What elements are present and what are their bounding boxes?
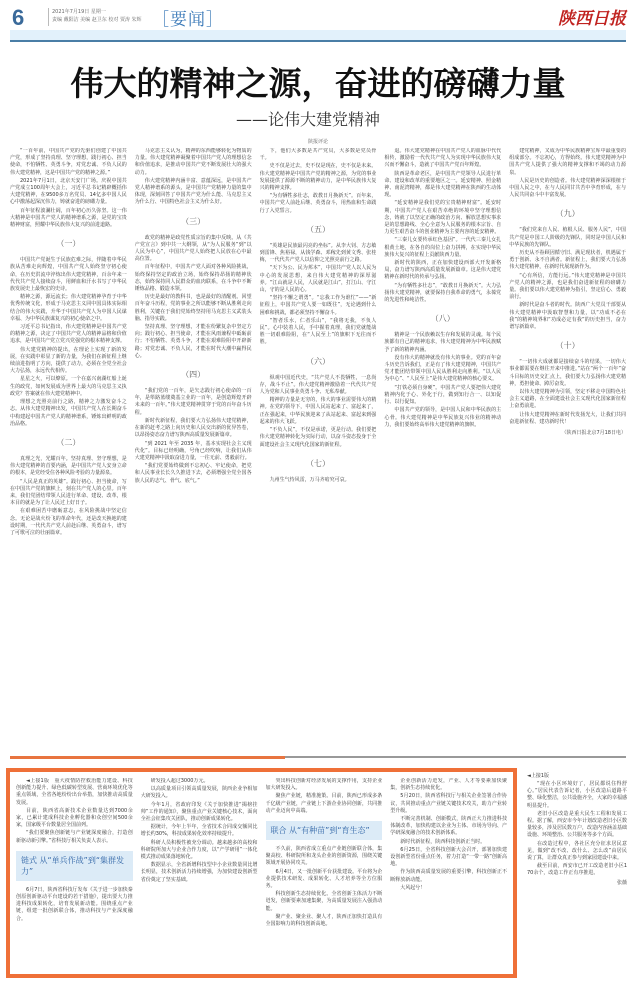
feature-column: 企业创新活力迸发，产业、人才等要素加快聚集，创新生态持续优化。5月20日，陕西省… — [390, 778, 507, 968]
paragraph: “一切伟大成就都是接续奋斗的结果，一切伟大事业都需要在继往开来中推进。”站在“两… — [509, 359, 626, 388]
editor-line: 责编 戴阳洁 美编 赵卫东 校对 贾涛 朱辉 — [52, 16, 142, 24]
section-number: （二） — [10, 437, 127, 448]
paragraph: “打铁必须自身硬”。中国共产党人要把伟大建党精神内化于心、外化于行，做到知行合一… — [384, 385, 501, 407]
paragraph: 新时代新征程，我们要大力弘扬伟大建党精神，在新的赶考之路上向历史和人民交出新的优… — [135, 418, 252, 440]
paragraph: 百年征程波澜壮阔，百年初心历久弥坚。这一伟大精神是中国共产党人的精神谱系之源，是… — [10, 208, 127, 230]
section-number: （四） — [135, 369, 252, 380]
section-number: （十） — [509, 340, 626, 351]
section-number: （六） — [260, 356, 377, 367]
paragraph: “坚持不懈之谓勇”。“忘我工作为谁忙”——“新征程上，中国共产党人要一如既往”，… — [260, 295, 377, 317]
paragraph: 聚焦产业链，精准施策。目前，陕西已形成多条千亿级产业链，产业链上下游企业协同创新… — [266, 793, 383, 815]
section-number: （九） — [509, 208, 626, 219]
newspaper-logo: 陕西日报 — [558, 4, 626, 29]
paragraph: 理想之光照亮前行之路，精神之力激发奋斗之志。从伟大建党精神出发，中国共产党人在长… — [10, 399, 127, 428]
paragraph: 伟大建党精神的提出，在理论上实现了新的发展，在实践中彰显了新的力量，为我们在新征… — [10, 347, 127, 376]
paragraph: 6月4日，又一批创新平台获批建设。平台将为企业提供技术研发、成果转化、人才培养等… — [266, 869, 383, 891]
paragraph: 精神是一个民族赖以生存和发展的灵魂。每个民族都有自己的精神追求，伟大建党精神为中… — [384, 332, 501, 354]
feature-column: 研发投入超过3000万元。以高质量项目引领高质量发展，陕西企业争相加大研发投入。… — [141, 778, 258, 968]
side-article-body: “现在小区环境好了，居民都说住得舒心。”居民代表告诉记者，小区改造后道路平整、绿… — [527, 781, 627, 878]
article-column: 马克思主义认为，精神的东西能够转化为物质的力量。伟大建党精神凝聚着中国共产党人的… — [135, 148, 252, 758]
paragraph: 数据显示，全省新增科技型中小企业数量同比增长明显，技术创新活力持续增强，为加快建… — [141, 862, 258, 884]
paragraph: “心有所信，方能行远。”伟大建党精神是中国共产党人的精神之源，也是我们奋进新征程… — [509, 273, 626, 302]
paragraph: 据统计，今年上半年，全省技术合同成交额同比增长约30%，科技成果转化效率持续提升… — [141, 824, 258, 838]
article-column: 退。伟大建党精神在中国共产党人的血脉中代代相传，激励着一代代共产党人为实现中华民… — [384, 148, 501, 758]
paragraph: “智者乐水，仁者乐山”，“我将无我，不负人民”。心中装着人民，手中握着真理，我们… — [260, 318, 377, 347]
paragraph: 2021年7月1日，北京天安门广场。庆祝中国共产党成立100周年大会上，习近平总… — [10, 178, 127, 207]
byline: 陕报评论 — [0, 138, 636, 145]
paragraph: 不久前，陕西省成立重点产业链创新联合体，集聚高校、科研院所和龙头企业的创新资源，… — [266, 846, 383, 868]
feature-column: ◄上接1版 重大疫情防控救治能力建设、科技创新能力提升、绿色低碳转型发展、营商环… — [16, 778, 133, 968]
header-band — [10, 30, 626, 42]
meta-divider — [48, 8, 49, 26]
section-number: （五） — [260, 224, 377, 235]
paragraph: 在改造过程中，各社区充分征求居民意见，做到“改不改、改什么、怎么改”由居民说了算… — [527, 841, 627, 863]
box-subtitle: 联合 从“有种苗”到“育生态” — [266, 821, 383, 840]
paragraph: “我们党的一百年，是矢志践行初心使命的一百年，是筚路蓝缕奠基立业的一百年，是创造… — [135, 388, 252, 417]
issue-meta: 2021年7月19日 星期一 责编 戴阳洁 美编 赵卫东 校对 贾涛 朱辉 — [52, 8, 142, 24]
paragraph: 史不仅是过去，史不仅是现在，史不仅是未来。伟大建党精神是中国共产党的精神之源，为… — [260, 163, 377, 192]
paragraph: “英雄是民族最闪亮的坐标”。从李大钊、方志敏到雷锋、焦裕禄，从钱学森、邓稼先到黄… — [260, 243, 377, 265]
feature-box: ◄上接1版 重大疫情防控救治能力建设、科技创新能力提升、绿色低碳转型发展、营商环… — [6, 768, 517, 978]
section-number: （三） — [135, 216, 252, 227]
paragraph: 精神之源，源远流长；伟大建党精神孕育于中华优秀传统文化，形成于马克思主义同中国具… — [10, 294, 127, 323]
paragraph: 人民是历史的创造者。伟大建党精神深深根植于中国人民之中，在与人民同甘共苦中孕育形… — [509, 178, 626, 200]
headline: 伟大的精神之源，奋进的磅礴力量 — [0, 58, 636, 105]
paragraph: 陕西是革命老区，是中国共产党领导人民进行革命、建设和改革的重要地区之一。延安精神… — [384, 171, 501, 200]
paragraph: 精神的力量是无穷的，伟大的事业需要伟大的精神。在党的领导下，中国人民站起来了、富… — [260, 397, 377, 426]
paragraph: “为有牺牲多壮志”，“敢教日月换新天”。大力弘扬伟大建党精神，就要保持自我革命的… — [384, 283, 501, 305]
paragraph: 目前，陕西省高新技术企业数量达到7000余家，已累计建成科技企业孵化器和众创空间… — [16, 808, 133, 830]
paragraph: 6月7日，陕西省科技厅发布《关于进一步加快秦创原创新驱动平台建设的若干措施》，提… — [16, 887, 133, 923]
article-column: 建党精神，又成为中华民族精神宝库中最重要的组成部分。不忘初心，方得始终。伟大建党… — [509, 148, 626, 758]
paragraph: 今年1月，省政府印发《关于加快推进“揭榜挂帅”工作的通知》，聚焦重点产业关键核心… — [141, 802, 258, 824]
feature-column: 突出科技创新对经济发展的支撑作用，支持企业加大研发投入。聚焦产业链，精准施策。目… — [266, 778, 383, 968]
paragraph: 企业创新活力迸发，产业、人才等要素加快聚集，创新生态持续优化。 — [390, 778, 507, 792]
paragraph: 在艰难困苦中磨砺意志，在风险挑战中坚定信念。无论是战火纷飞的革命年代，还是改天换… — [10, 508, 127, 537]
paragraph: 6月25日，全省科技创新大会召开，部署加快建设创新型省份重点任务，着力打造“一带… — [390, 847, 507, 869]
paragraph: “为有牺牲多壮志，敢教日月换新天”。百年来，中国共产党人前赴后继、英勇奋斗，用热… — [260, 193, 377, 215]
paragraph: “到 2021 年至 2035 年，基本实现社会主义现代化”。目标已经明确，号角… — [135, 441, 252, 463]
paragraph: 大风起兮！ — [390, 885, 507, 892]
paragraph: 真理之光，光耀百年。坚持真理、坚守理想，是伟大建党精神的首要内涵，是中国共产党人… — [10, 456, 127, 478]
paragraph: 新时代是奋斗者的时代。陕西广大党员干部要从伟大建党精神中汲取智慧和力量，以“功成… — [509, 302, 626, 331]
paragraph: “延安精神是我们党的宝贵精神财富”。延安时期，中国共产党人在艰苦卓绝的环境中坚守… — [384, 200, 501, 236]
paragraph: 以伟大建党精神为引领，坚定不移走中国特色社会主义道路，在全面建设社会主义现代化国… — [509, 389, 626, 411]
paragraph: 历史是最好的教科书，也是最好的清醒剂。回望百年奋斗历程，党的事业之所以能够不断从… — [135, 294, 252, 323]
paragraph: 星星之火，可以燎原。一个在嘉兴南湖红船上诞生的政党，如何发展成为世界上最大的马克… — [10, 376, 127, 398]
paragraph: 百年征程中，中国共产党人面对各种风险挑战，始终保持坚定的政治立场，始终保持昂扬的… — [135, 264, 252, 293]
paragraph: “我们党来自人民、植根人民、服务人民”，中国共产党是中国工人阶级的先锋队，同时是… — [509, 227, 626, 249]
paragraph: 作为陕西高质量发展的重要引擎，科技创新正不断释放新动能。 — [390, 869, 507, 883]
paragraph: 老旧小区改造是重大民生工程和发展工程。据了解，西安市今年计划改造老旧小区数量较多… — [527, 811, 627, 840]
reporter-signature: 张薇 — [527, 879, 627, 886]
paragraph: 九州生气恃风雷，万马齐喑究可哀。 — [260, 477, 377, 484]
paragraph: 以高质量项目引领高质量发展，陕西企业争相加大研发投入。 — [141, 786, 258, 800]
box-subtitle: 链式 从“单兵作战”到“集群发力” — [16, 851, 133, 881]
paragraph: 坚持真理、坚守理想，才能在纷繁复杂中坚定方向；践行初心、担当使命，才能在风雨兼程… — [135, 324, 252, 360]
paragraph: 退。伟大建党精神在中国共产党人的血脉中代代相传，激励着一代代共产党人为实现中华民… — [384, 148, 501, 170]
masthead: 6 2021年7月19日 星期一 责编 戴阳洁 美编 赵卫东 校对 贾涛 朱辉 … — [0, 0, 636, 36]
paragraph: 纵观中国近代史，“共产党人不畏牺牲，一息尚存，战斗不止”。伟大建党精神激励着一代… — [260, 375, 377, 397]
subheadline: ——论伟大建党精神 — [236, 107, 380, 130]
paragraph: 下，他们大多数是共产党员，大多数是党员骨干。 — [260, 148, 377, 162]
paragraph: 新时代新征程，陕西科技创新正当时。 — [390, 839, 507, 846]
paragraph: 让伟大建党精神在新时代发扬光大，让我们共同奋进新征程、建功新时代！ — [509, 412, 626, 426]
paragraph: 新时代的陕西，正在加快建设西部大开发新格局，奋力谱写陕西高质量发展新篇章。这是伟… — [384, 260, 501, 282]
article-column: 下，他们大多数是共产党员，大多数是党员骨干。史不仅是过去，史不仅是现在，史不仅是… — [260, 148, 377, 758]
paragraph: “天下为公、民为邦本”，中国共产党人以人民为中心的发展思想，来自伟大建党精神的深… — [260, 265, 377, 294]
paragraph: “现在小区环境好了，居民都说住得舒心。”居民代表告诉记者，小区改造后道路平整、绿… — [527, 781, 627, 810]
paragraph: “人民是真正的英雄”。践行初心、担当使命，写在中国共产党的旗帜上，刻在共产党人的… — [10, 479, 127, 508]
jump-note: ◄上接1版 — [527, 772, 627, 779]
paragraph: 没有伟大的精神就没有伟大的事业。党的百年奋斗历史告诉我们，正是有了伟大建党精神，… — [384, 355, 501, 384]
section-tag: ［要闻］ — [152, 5, 224, 30]
paragraph: 科技创新生态持续优化。全省创新主体活力不断迸发，创新要素加速集聚，为高质量发展注… — [266, 891, 383, 913]
paragraph: 研发投入超过3000万元。 — [141, 778, 258, 785]
paragraph: 中国共产党诞生于民族危难之际，伴随着中华民族从苦难走向辉煌，中国共产党人始终坚守… — [10, 257, 127, 293]
paragraph: “我们党要始终做到不忘初心、牢记使命，把党和人民事业长长久久推进下去，必须增强全… — [135, 463, 252, 485]
paragraph: “不负人民”，不仅是承诺，更是行动。我们要把伟大建党精神转化为实际行动，以奋斗姿… — [260, 427, 377, 449]
paragraph: 截至目前，西安市已开工改造老旧小区170余个，改造工作正有序推进。 — [527, 863, 627, 877]
paragraph: 马克思主义认为，精神的东西能够转化为物质的力量。伟大建党精神凝聚着中国共产党人的… — [135, 148, 252, 177]
paragraph: 中国共产党的领导，是中国人民和中华民族的主心骨。伟大建党精神是中华民族复兴伟业的… — [384, 407, 501, 429]
paragraph: “三秦儿女要传承红色基因”。一代代三秦儿女扎根黄土地，在各自的岗位上奋力拼搏，在… — [384, 237, 501, 259]
paragraph: 建党精神，又成为中华民族精神宝库中最重要的组成部分。不忘初心，方得始终。伟大建党… — [509, 148, 626, 177]
section-number: （七） — [260, 458, 377, 469]
paragraph: 习近平总书记指出，伟大建党精神是中国共产党的精神之源，决定了中国共产党人的精神品… — [10, 324, 127, 346]
date-line: 2021年7月19日 星期一 — [52, 8, 142, 16]
source-note: （陕西日报北京7月18日电） — [509, 429, 626, 436]
paragraph: 历史从不眷顾因循守旧、满足现状者，机遇属于勇于创新、永不自满者。新征程上，我们要… — [509, 250, 626, 272]
paragraph: 政党的精神是政党性质宗旨的集中反映。从《共产党宣言》到中共一大纲领，从“为人民服… — [135, 235, 252, 264]
paragraph: 5月20日，陕西省科技厅与相关企业签署合作协议，共同推动重点产业链关键技术攻关，… — [390, 793, 507, 815]
side-article: ◄上接1版 “现在小区环境好了，居民都说住得舒心。”居民代表告诉记者，小区改造后… — [527, 772, 627, 977]
paragraph: “一百年前，中国共产党的先驱们创建了中国共产党，形成了坚持真理、坚守理想，践行初… — [10, 148, 127, 177]
section-divider-accent — [10, 756, 285, 759]
paragraph: “我们要聚焦创新链与产业链深度融合，打造创新驱动新引擎。”省科技厅相关负责人表示… — [16, 830, 133, 844]
paragraph: 科研人员积极性被充分调动。越来越多的高校和科研院所加大与企业合作力度，以“产学研… — [141, 840, 258, 862]
paragraph: 不断完善机制、创新模式，陕西正大力推进科技体制改革，加快构建以企业为主体、市场为… — [390, 816, 507, 838]
section-number: （八） — [384, 313, 501, 324]
paragraph: 聚产业、聚企业、聚人才，陕西正加快打造具有全国影响力的科技创新高地。 — [266, 914, 383, 928]
paragraph: 突出科技创新对经济发展的支撑作用，支持企业加大研发投入。 — [266, 778, 383, 792]
page-number: 6 — [12, 5, 24, 31]
section-number: （一） — [10, 238, 127, 249]
paragraph: ◄上接1版 重大疫情防控救治能力建设、科技创新能力提升、绿色低碳转型发展、营商环… — [16, 778, 133, 807]
paragraph: 伟大建党精神内涵丰富、意蕴深远，是中国共产党人精神谱系的源头，是中国共产党精神力… — [135, 178, 252, 207]
article-column: “一百年前，中国共产党的先驱们创建了中国共产党，形成了坚持真理、坚守理想，践行初… — [10, 148, 127, 758]
article-columns: “一百年前，中国共产党的先驱们创建了中国共产党，形成了坚持真理、坚守理想，践行初… — [10, 148, 626, 758]
